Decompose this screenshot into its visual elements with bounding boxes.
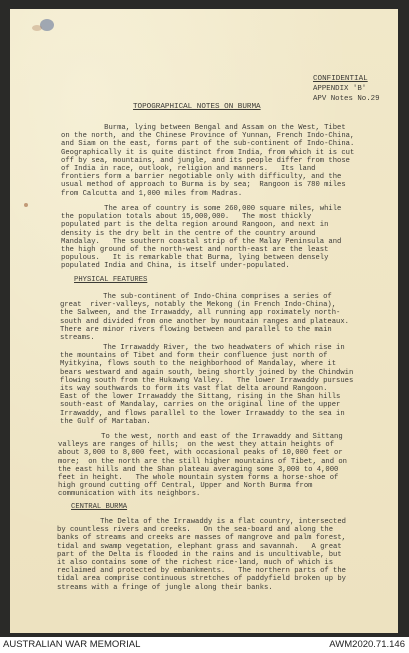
appendix-label: APPENDIX 'B'	[313, 85, 366, 93]
paragraph-indo-china: The sub-continent of Indo-China comprise…	[60, 293, 349, 342]
document-title: TOPOGRAPHICAL NOTES ON BURMA	[133, 103, 261, 111]
footer-accession-number: AWM2020.71.146	[329, 637, 405, 653]
paragraph-delta: The Delta of the Irrawaddy is a flat cou…	[57, 518, 346, 592]
paragraph-intro: Burma, lying between Bengal and Assam on…	[61, 124, 354, 198]
rust-spot	[24, 203, 28, 207]
document-page: CONFIDENTIAL APPENDIX 'B' APV Notes No.2…	[10, 9, 398, 633]
section-heading-central-burma: CENTRAL BURMA	[71, 503, 127, 511]
paragraph-irrawaddy: The Irrawaddy River, the two headwaters …	[60, 344, 353, 426]
rust-stain	[32, 25, 42, 31]
footer-bar: AUSTRALIAN WAR MEMORIAL AWM2020.71.146	[0, 637, 409, 653]
paragraph-mountains: To the west, north and east of the Irraw…	[58, 433, 347, 499]
section-heading-physical-features: PHYSICAL FEATURES	[74, 276, 147, 284]
paragraph-area-population: The area of country is some 260,000 squa…	[61, 205, 341, 271]
notes-reference: APV Notes No.29	[313, 95, 380, 103]
classification-label: CONFIDENTIAL	[313, 75, 368, 83]
ink-stain	[40, 19, 54, 31]
footer-institution: AUSTRALIAN WAR MEMORIAL	[3, 637, 140, 653]
